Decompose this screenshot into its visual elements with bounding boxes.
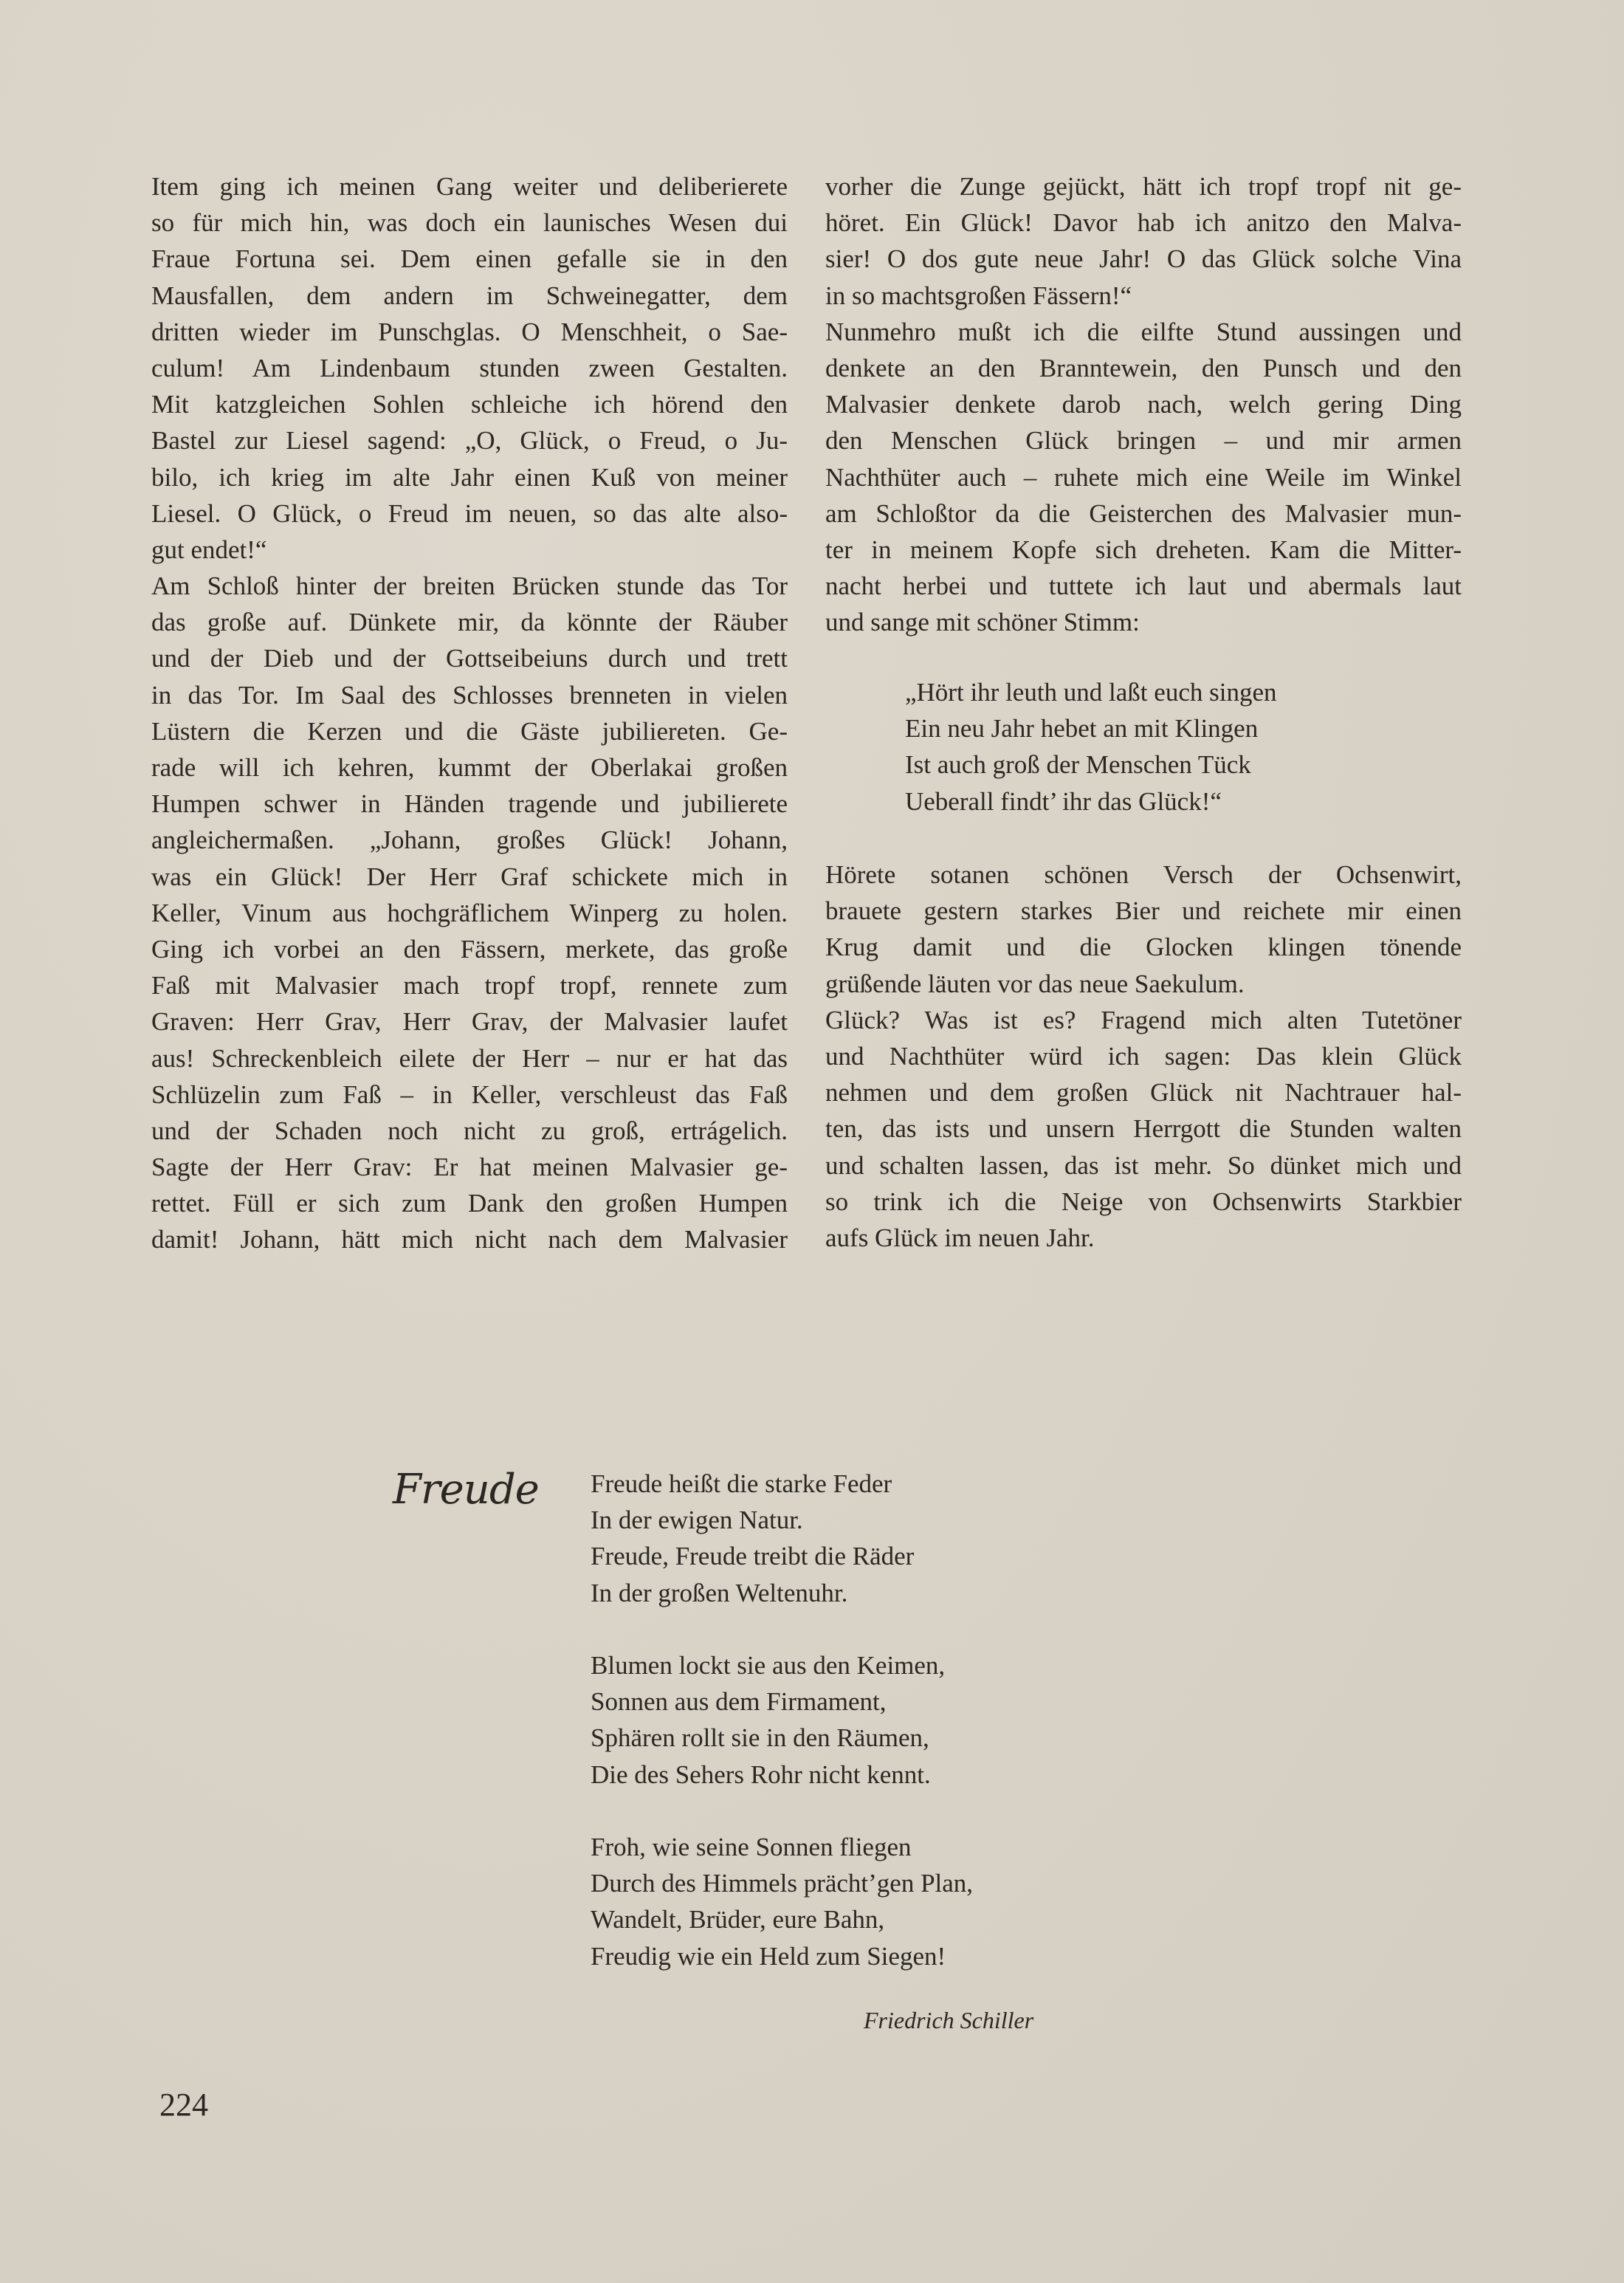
text-line: Blumen lockt sie aus den Keimen, <box>591 1647 973 1683</box>
text-line: Fraue Fortuna sei. Dem einen gefalle sie… <box>151 241 788 277</box>
text-line: In der ewigen Natur. <box>591 1502 973 1538</box>
text-line: Item ging ich meinen Gang weiter und del… <box>151 168 788 205</box>
text-line: Sagte der Herr Grav: Er hat meinen Malva… <box>151 1149 788 1185</box>
text-line: In der großen Weltenuhr. <box>591 1575 973 1611</box>
text-line: Bastel zur Liesel sagend: „O, Glück, o F… <box>151 422 788 459</box>
text-line: Mit katzgleichen Sohlen schleiche ich hö… <box>151 386 788 422</box>
poem-author: Friedrich Schiller <box>864 2007 1033 2034</box>
text-line: nacht herbei und tuttete ich laut und ab… <box>825 568 1462 604</box>
text-line: ten, das ists und unsern Herrgott die St… <box>825 1110 1462 1147</box>
text-line: Die des Sehers Rohr nicht kennt. <box>591 1757 973 1793</box>
text-line: und der Schaden noch nicht zu groß, ertr… <box>151 1113 788 1149</box>
text-line: grüßende läuten vor das neue Saekulum. <box>825 966 1462 1002</box>
poem-title: Freude <box>393 1466 539 1514</box>
text-line: rade will ich kehren, kummt der Oberlaka… <box>151 749 788 786</box>
text-line: Ein neu Jahr hebet an mit Klingen <box>905 710 1276 746</box>
text-line: in so machtsgroßen Fässern!“ <box>825 278 1462 314</box>
text-line: aus! Schreckenbleich eilete der Herr – n… <box>151 1040 788 1077</box>
text-line: Sphären rollt sie in den Räumen, <box>591 1720 973 1756</box>
text-line: so für mich hin, was doch ein launisches… <box>151 205 788 241</box>
story-left-column: Item ging ich meinen Gang weiter und del… <box>151 168 788 1258</box>
text-line: Humpen schwer in Händen tragende und jub… <box>151 786 788 822</box>
text-line: was ein Glück! Der Herr Graf schickete m… <box>151 859 788 895</box>
text-line: Krug damit und die Glocken klingen tönen… <box>825 929 1462 965</box>
text-line: gut endet!“ <box>151 532 788 568</box>
text-line: aufs Glück im neuen Jahr. <box>825 1220 1462 1256</box>
text-line: Faß mit Malvasier mach tropf tropf, renn… <box>151 967 788 1003</box>
text-line: „Hört ihr leuth und laßt euch singen <box>905 674 1276 710</box>
text-line: sier! O dos gute neue Jahr! O das Glück … <box>825 241 1462 277</box>
text-line: bilo, ich krieg im alte Jahr einen Kuß v… <box>151 459 788 495</box>
text-line: rettet. Füll er sich zum Dank den großen… <box>151 1185 788 1221</box>
text-line: und Nachthüter würd ich sagen: Das klein… <box>825 1038 1462 1074</box>
text-line: Sonnen aus dem Firmament, <box>591 1683 973 1720</box>
text-line: damit! Johann, hätt mich nicht nach dem … <box>151 1221 788 1257</box>
story-right-column-bottom: Hörete sotanen schönen Versch der Ochsen… <box>825 856 1462 1256</box>
text-line: Schlüzelin zum Faß – in Keller, verschle… <box>151 1077 788 1113</box>
text-line: Lüstern die Kerzen und die Gäste jubilie… <box>151 713 788 749</box>
text-line: Keller, Vinum aus hochgräflichem Winperg… <box>151 895 788 931</box>
text-line: Mausfallen, dem andern im Schweinegatter… <box>151 278 788 314</box>
text-line: culum! Am Lindenbaum stunden zween Gesta… <box>151 350 788 386</box>
text-line: und sange mit schöner Stimm: <box>825 604 1462 640</box>
text-line: brauete gestern starkes Bier und reichet… <box>825 893 1462 929</box>
poem-stanza: Froh, wie seine Sonnen fliegenDurch des … <box>591 1829 973 1974</box>
text-line: Ist auch groß der Menschen Tück <box>905 746 1276 783</box>
text-line: so trink ich die Neige von Ochsenwirts S… <box>825 1184 1462 1220</box>
text-line: Freudig wie ein Held zum Siegen! <box>591 1938 973 1974</box>
poem-body: Freude heißt die starke FederIn der ewig… <box>591 1466 973 2011</box>
text-line: denkete an den Branntewein, den Punsch u… <box>825 350 1462 386</box>
song-verse: „Hört ihr leuth und laßt euch singenEin … <box>905 674 1276 820</box>
text-line: in das Tor. Im Saal des Schlosses brenne… <box>151 677 788 713</box>
text-line: am Schloßtor da die Geisterchen des Malv… <box>825 495 1462 532</box>
text-line: und schalten lassen, das ist mehr. So dü… <box>825 1147 1462 1184</box>
text-line: Ueberall findt’ ihr das Glück!“ <box>905 783 1276 820</box>
poem-stanza: Blumen lockt sie aus den Keimen,Sonnen a… <box>591 1647 973 1793</box>
text-line: Hörete sotanen schönen Versch der Ochsen… <box>825 856 1462 893</box>
text-line: den Menschen Glück bringen – und mir arm… <box>825 422 1462 459</box>
text-line: das große auf. Dünkete mir, da könnte de… <box>151 604 788 640</box>
text-line: höret. Ein Glück! Davor hab ich anitzo d… <box>825 205 1462 241</box>
text-line: Glück? Was ist es? Fragend mich alten Tu… <box>825 1002 1462 1038</box>
text-line: Freude heißt die starke Feder <box>591 1466 973 1502</box>
text-line: Ging ich vorbei an den Fässern, merkete,… <box>151 931 788 967</box>
text-line: Graven: Herr Grav, Herr Grav, der Malvas… <box>151 1003 788 1040</box>
text-line: Am Schloß hinter der breiten Brücken stu… <box>151 568 788 604</box>
text-line: dritten wieder im Punschglas. O Menschhe… <box>151 314 788 350</box>
text-line: vorher die Zunge gejückt, hätt ich tropf… <box>825 168 1462 205</box>
text-line: Nachthüter auch – ruhete mich eine Weile… <box>825 459 1462 495</box>
text-line: Durch des Himmels prächt’gen Plan, <box>591 1865 973 1901</box>
text-line: Wandelt, Brüder, eure Bahn, <box>591 1901 973 1937</box>
text-line: Froh, wie seine Sonnen fliegen <box>591 1829 973 1865</box>
story-right-column-top: vorher die Zunge gejückt, hätt ich tropf… <box>825 168 1462 640</box>
text-line: Nunmehro mußt ich die eilfte Stund aussi… <box>825 314 1462 350</box>
text-line: ter in meinem Kopfe sich dreheten. Kam d… <box>825 532 1462 568</box>
text-line: Malvasier denkete darob nach, welch geri… <box>825 386 1462 422</box>
page-number: 224 <box>159 2086 208 2124</box>
text-line: Liesel. O Glück, o Freud im neuen, so da… <box>151 495 788 532</box>
text-line: Freude, Freude treibt die Räder <box>591 1538 973 1574</box>
text-line: und der Dieb und der Gottseibeiuns durch… <box>151 640 788 676</box>
text-line: angleichermaßen. „Johann, großes Glück! … <box>151 822 788 858</box>
poem-stanza: Freude heißt die starke FederIn der ewig… <box>591 1466 973 1611</box>
text-line: nehmen und dem großen Glück nit Nachtrau… <box>825 1074 1462 1110</box>
